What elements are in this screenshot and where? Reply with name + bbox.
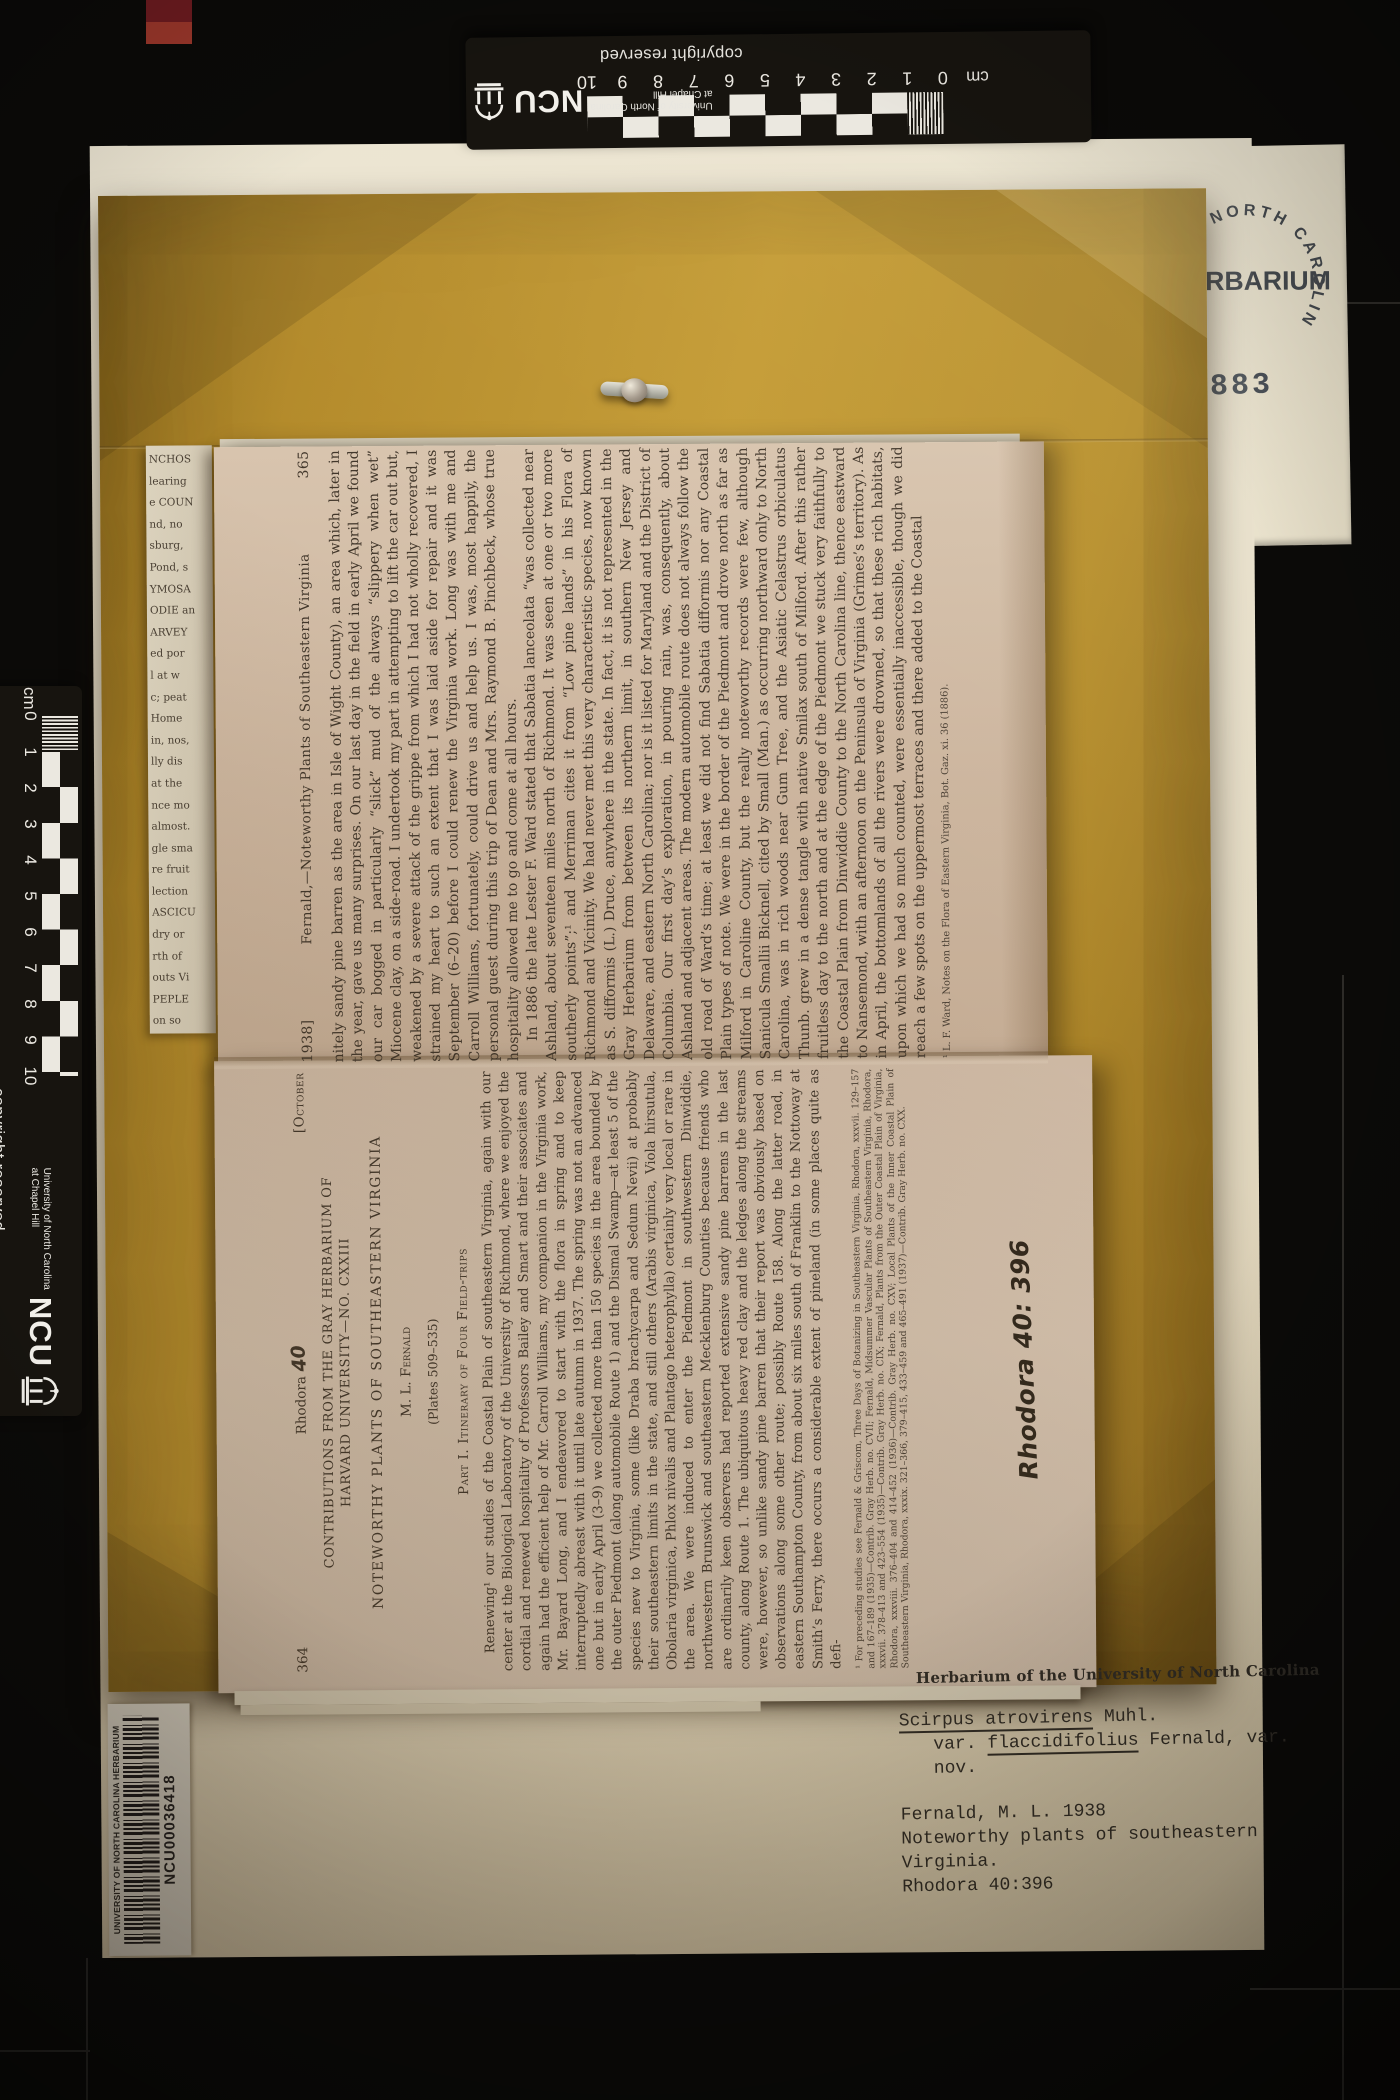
herbarium-scan: OF NORTH CAROLINA HERBARIUM 461883 NCHOS…: [0, 0, 1400, 2100]
university-name-line-1: University of North Carolina: [590, 99, 712, 112]
tick-0: 0: [938, 67, 948, 88]
tick-9: 9: [20, 1035, 40, 1044]
millimeter-stripes: [907, 92, 943, 134]
tick-1: 1: [20, 747, 40, 756]
tick-6: 6: [20, 927, 40, 936]
variety-name: flaccidifolius: [987, 1731, 1139, 1756]
tick-0: 0: [20, 711, 40, 720]
background-seam: [0, 2050, 90, 2052]
university-name-line-2: at Chapel Hill: [590, 87, 712, 100]
annotation-text: Rhodora 40: 396: [1006, 1269, 1044, 1480]
section-heading: Part I. Itinerary of Four Field-trips: [453, 1071, 473, 1671]
running-head-title: Fernald,—Noteworthy Plants of Southeaste…: [297, 553, 316, 944]
page-364: 364 Rhodora40 [October CONTRIBUTIONS FRO…: [286, 1069, 891, 1807]
volume-number-handwritten: 40: [287, 1345, 311, 1373]
journal-volume: Rhodora40: [288, 1346, 311, 1435]
unit-label: cm: [19, 687, 39, 710]
tick-2: 2: [867, 68, 877, 89]
barcode-institution: UNIVERSITY OF NORTH CAROLINA HERBARIUM: [111, 1726, 122, 1935]
background-seam: [1250, 1988, 1400, 1990]
running-head-page-number: 365: [296, 451, 312, 479]
red-label-dark: [146, 0, 192, 22]
old-well-icon: [472, 79, 507, 123]
page-365-paragraph-2: In 1886 the late Lester F. Ward stated t…: [520, 446, 932, 1061]
handwritten-annotation: Rhodora 40: 396: [1010, 1268, 1220, 1341]
page-365: 1938] Fernald,—Noteworthy Plants of Sout…: [296, 446, 913, 1170]
running-head-year: 1938]: [300, 1019, 316, 1062]
envelope-fold-top-left: [98, 193, 480, 461]
tick-1: 1: [902, 67, 912, 88]
ncu-brand-block: University of North Carolina at Chapel H…: [472, 77, 713, 124]
clasp-head: [621, 378, 647, 402]
tick-2: 2: [20, 783, 40, 792]
journal-name: Rhodora: [293, 1376, 309, 1434]
university-name: University of North Carolina at Chapel H…: [590, 87, 713, 112]
tick-6: 6: [724, 70, 734, 91]
mat-board: OF NORTH CAROLINA HERBARIUM 461883 NCHOS…: [90, 138, 1265, 1958]
tick-7: 7: [20, 963, 40, 972]
tick-8: 8: [20, 999, 40, 1008]
checker-row: [60, 716, 78, 1076]
page-364-paragraph-1: Renewing¹ our studies of the Coastal Pla…: [478, 1069, 846, 1672]
newspaper-clipping: NCHOS learing e COUN nd, no sburg, Pond,…: [146, 445, 216, 1033]
tick-10: 10: [20, 1067, 40, 1086]
determination-label: Herbarium of the University of North Car…: [898, 1660, 1343, 1899]
variety-prefix: var.: [933, 1734, 977, 1755]
ncu-wordmark: NCU: [22, 1297, 58, 1367]
old-well-icon: [18, 1374, 62, 1408]
millimeter-stripes: [42, 716, 78, 752]
copyright-text: copyright reserved: [600, 43, 743, 64]
article-author: M. L. Fernald: [396, 1072, 416, 1672]
barcode-label: UNIVERSITY OF NORTH CAROLINA HERBARIUM N…: [108, 1703, 192, 1956]
scale-checkerboard: [42, 716, 78, 1076]
page-365-footnote: ¹ L. F. Ward, Notes on the Flora of East…: [937, 446, 953, 1058]
page-365-paragraph-1: nitely sandy pine barren as the area in …: [326, 449, 524, 1062]
tick-4: 4: [795, 69, 805, 90]
page-365-running-head: 1938] Fernald,—Noteworthy Plants of Sout…: [296, 451, 316, 1063]
tick-3: 3: [20, 819, 40, 828]
red-label-tab: [146, 0, 192, 44]
scale-bar-left: cm 0 1 2 3 4 5 6 7 8 9 10 copyright rese…: [0, 686, 82, 1416]
copyright-text: copyright reserved: [0, 1088, 7, 1231]
envelope-fold-top-right: [816, 188, 1208, 451]
page-365-body: nitely sandy pine barren as the area in …: [326, 446, 932, 1062]
red-label-light: [146, 22, 192, 44]
ncu-brand-block: University of North Carolina at Chapel H…: [18, 1168, 62, 1408]
article-series-title-line-2: HARVARD UNIVERSITY—NO. CXXIII: [335, 1072, 356, 1672]
page-364-body: Renewing¹ our studies of the Coastal Pla…: [478, 1069, 846, 1672]
background-seam: [1342, 975, 1344, 2100]
clipping-text-fragments: NCHOS learing e COUN nd, no sburg, Pond,…: [146, 445, 216, 1032]
university-name-line-1: University of North Carolina: [40, 1168, 52, 1290]
envelope-fold-highlight: [996, 188, 1207, 339]
tick-5: 5: [20, 891, 40, 900]
university-name-line-2: at Chapel Hill: [28, 1168, 40, 1290]
article-title: NOTEWORTHY PLANTS OF SOUTHEASTERN VIRGIN…: [367, 1072, 387, 1672]
plates-note: (Plates 509–535): [423, 1072, 442, 1672]
page-364-running-head: 364 Rhodora40 [October: [286, 1073, 312, 1673]
barcode-stripes: [123, 1716, 161, 1944]
scale-bar-top: cm 0 1 2 3 4 5 6 7 8 9 10 copyright rese…: [466, 34, 1091, 146]
issue-month: [October: [291, 1073, 307, 1134]
page-364-number: 364: [295, 1647, 311, 1673]
species-author: Muhl.: [1104, 1706, 1158, 1727]
tick-5: 5: [760, 69, 770, 90]
ncu-wordmark: NCU: [513, 82, 584, 119]
background-seam: [86, 1958, 88, 2100]
unit-label: cm: [966, 66, 989, 86]
university-name: University of North Carolina at Chapel H…: [28, 1168, 52, 1290]
barcode-number: NCU00036418: [161, 1774, 179, 1884]
tick-4: 4: [20, 855, 40, 864]
tick-3: 3: [831, 68, 841, 89]
checker-row: [42, 716, 60, 1076]
page-364-footnote: ¹ For preceding studies see Fernald & Gr…: [850, 1068, 912, 1668]
